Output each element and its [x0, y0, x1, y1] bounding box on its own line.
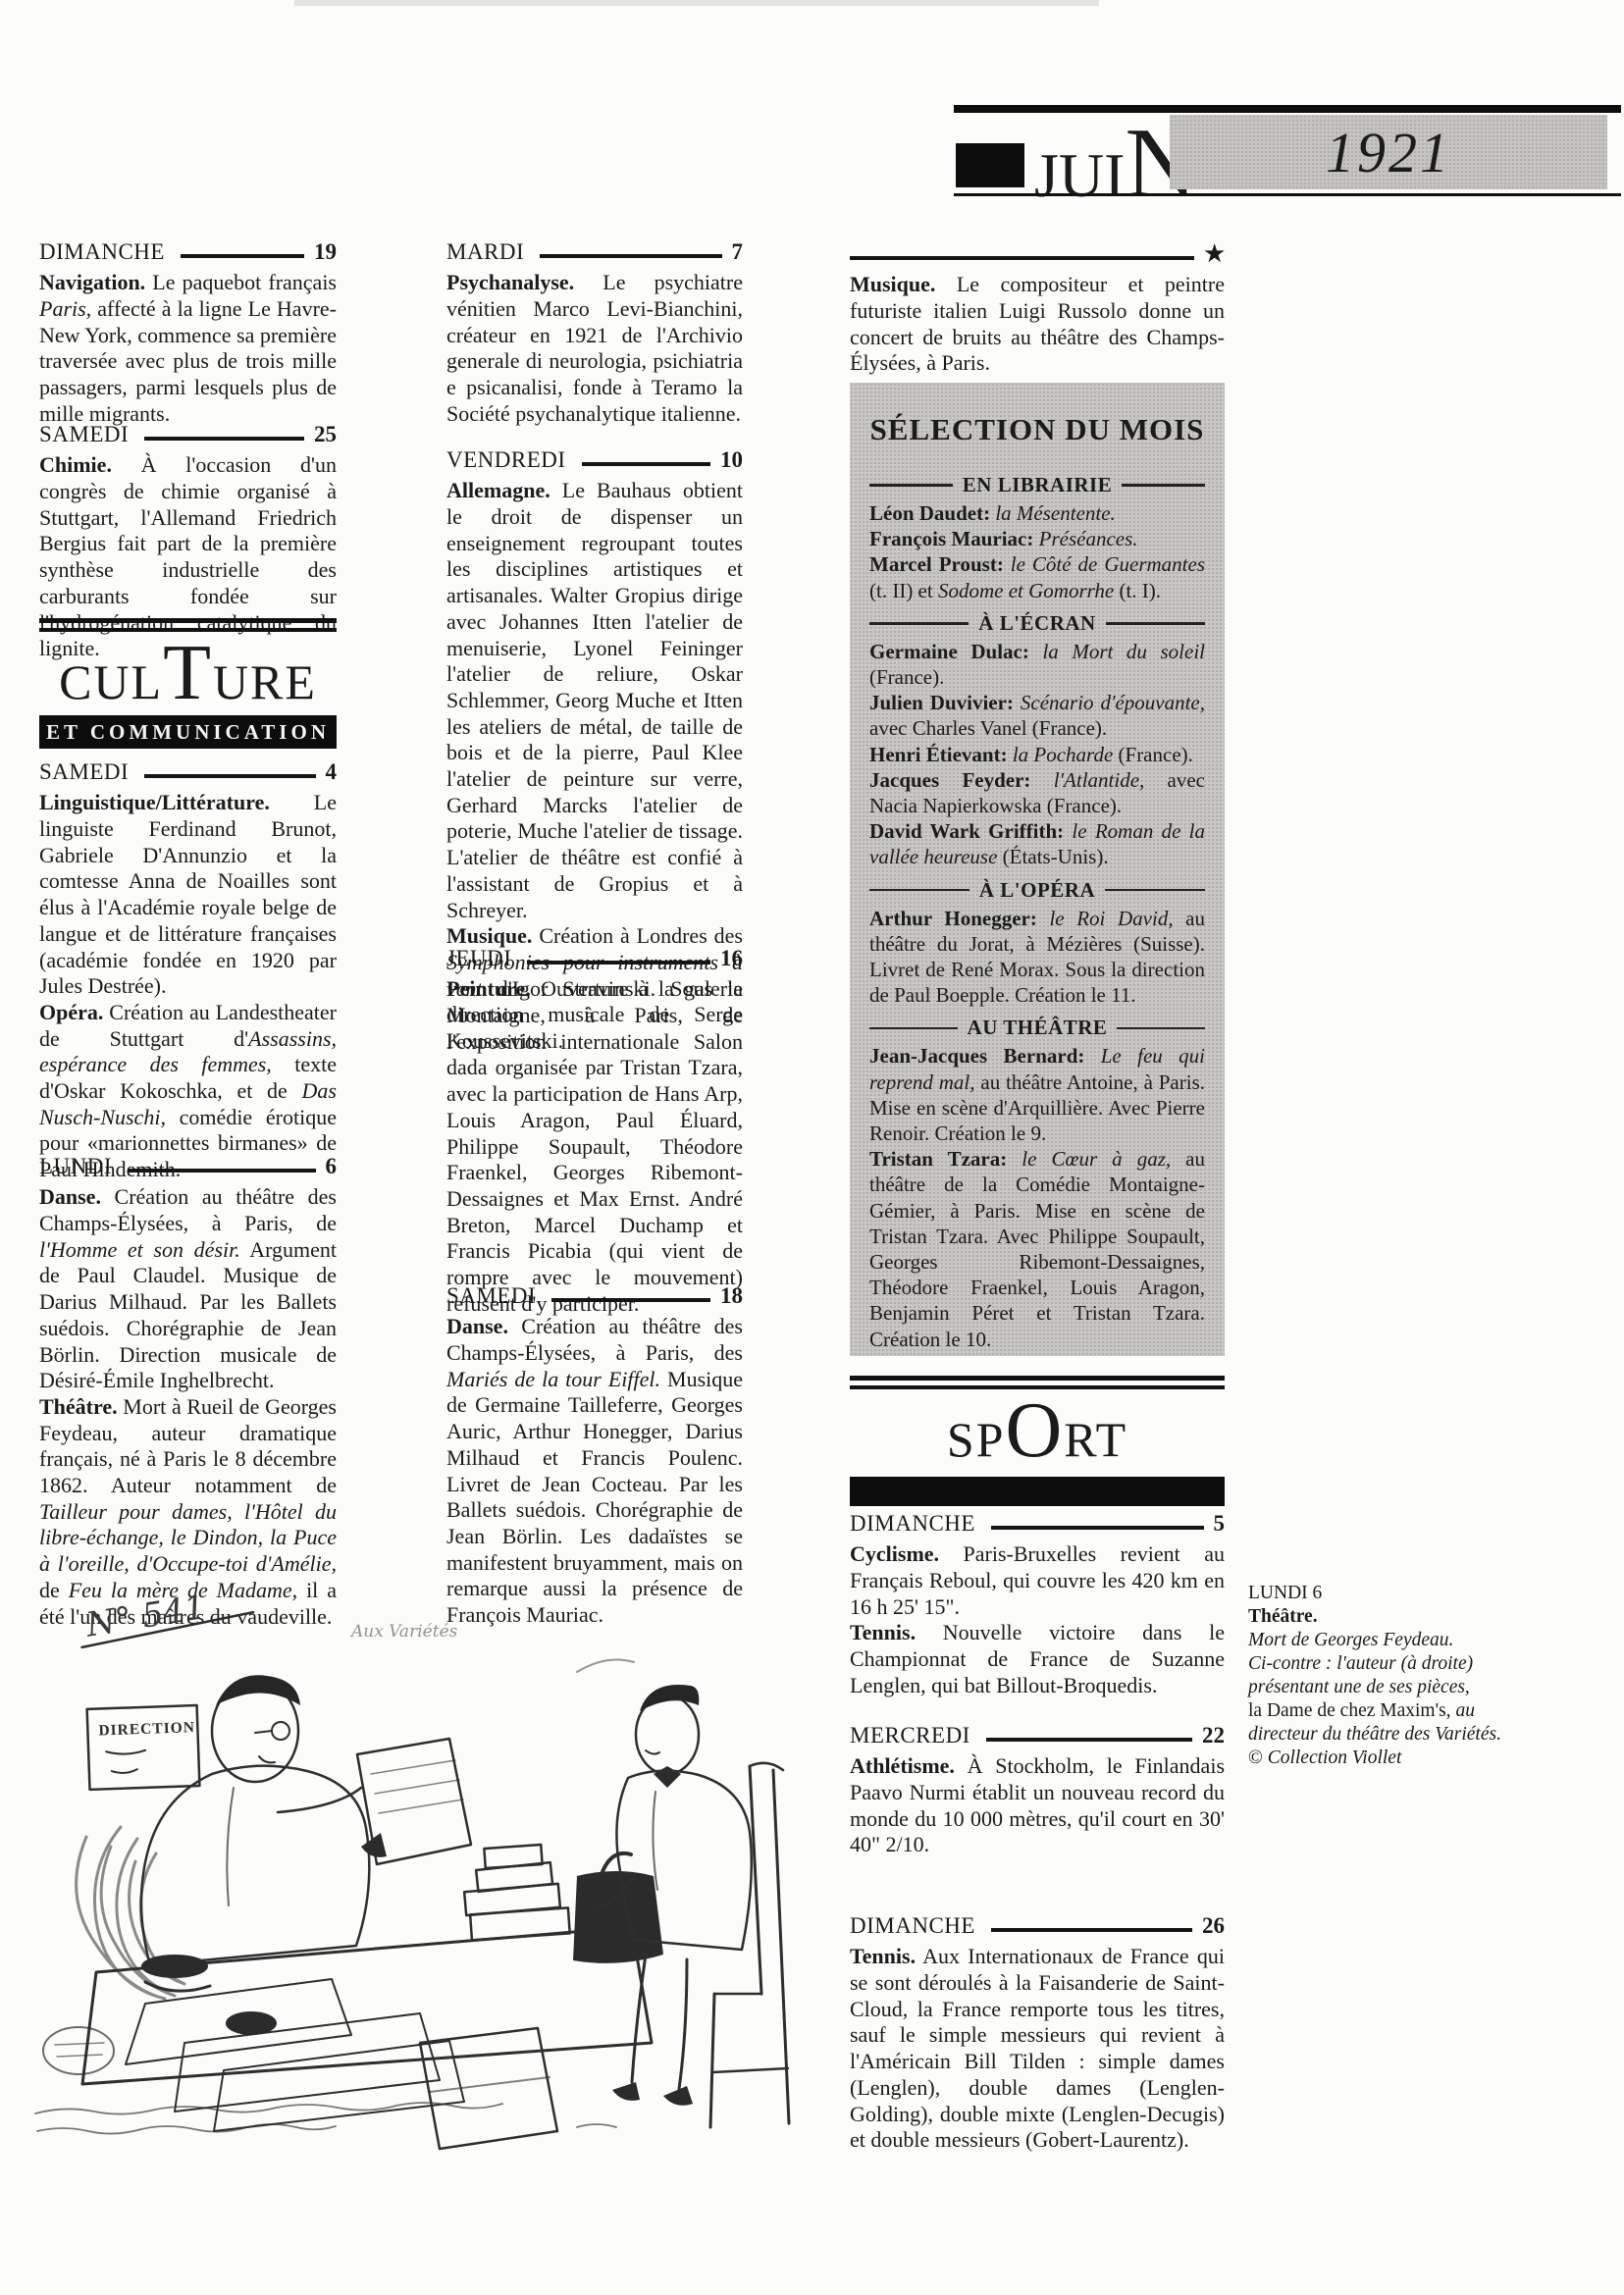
day-number: 25: [314, 422, 337, 446]
selection-subhead: À L'ÉCRAN: [869, 611, 1205, 636]
day-label: LUNDI: [39, 1154, 112, 1178]
day-label: SAMEDI: [39, 759, 129, 784]
subhead-rule: [1105, 889, 1205, 892]
day-number: 22: [1202, 1723, 1225, 1747]
day-label: DIMANCHE: [850, 1913, 975, 1938]
day-number: 26: [1202, 1913, 1225, 1938]
day-rule: [582, 462, 710, 466]
caption-line: la Dame de chez Maxim's, au: [1248, 1699, 1529, 1723]
day-header: JEUDI16: [446, 946, 743, 970]
day-label: VENDREDI: [446, 447, 566, 472]
entry-paragraph: Tennis. Nouvelle victoire dans le Champi…: [850, 1620, 1225, 1698]
event-entry: JEUDI16 Peinture. Ouverture à la galerie…: [446, 946, 743, 1317]
selection-item: Henri Étievant: la Pocharde (France).: [869, 742, 1205, 767]
event-entry: SAMEDI4 Linguistique/Littérature. Le lin…: [39, 759, 337, 1183]
selection-subhead: EN LIBRAIRIE: [869, 473, 1205, 497]
caption-line: Théâtre.: [1248, 1605, 1529, 1629]
desk: [82, 1845, 663, 2149]
subhead-label: À L'OPÉRA: [979, 878, 1095, 903]
selection-item: François Mauriac: Préséances.: [869, 526, 1205, 551]
selection-item: Germaine Dulac: la Mort du soleil (Franc…: [869, 639, 1205, 690]
day-header: VENDREDI10: [446, 447, 743, 472]
event-entry: MERCREDI22 Athlétisme. À Stockholm, le F…: [850, 1723, 1225, 1858]
day-label: DIMANCHE: [39, 239, 165, 264]
day-rule: [144, 774, 315, 778]
selection-du-mois-box: SÉLECTION DU MOIS EN LIBRAIRIE Léon Daud…: [850, 383, 1225, 1356]
feydeau-sketch-illustration: N° 541 Aux Variétés DIRECTION: [27, 1582, 832, 2170]
day-rule: [850, 256, 1194, 260]
day-header: DIMANCHE19: [39, 239, 337, 264]
star-marker: ★: [1204, 241, 1225, 266]
entry-paragraph: Peinture. Ouverture à la galerie Montaig…: [446, 976, 743, 1317]
day-header: DIMANCHE26: [850, 1913, 1225, 1938]
illustration-caption: LUNDI 6 Théâtre. Mort de Georges Feydeau…: [1248, 1582, 1529, 1770]
caption-line: directeur du théâtre des Variétés.: [1248, 1723, 1529, 1747]
day-number: 16: [720, 946, 743, 970]
day-rule: [991, 1928, 1192, 1932]
day-rule: [181, 254, 304, 258]
sport-title-big-letter: O: [1005, 1387, 1064, 1474]
subhead-rule: [869, 1027, 958, 1030]
entry-paragraph: Linguistique/Littérature. Le linguiste F…: [39, 790, 337, 1000]
sketch-scribble-label: Aux Variétés: [349, 1622, 458, 1642]
selection-item: Jean-Jacques Bernard: Le feu qui reprend…: [869, 1043, 1205, 1146]
year-label: 1921: [1326, 120, 1451, 185]
event-entry: LUNDI6 Danse. Création au théâtre des Ch…: [39, 1154, 337, 1630]
day-rule: [128, 1169, 315, 1173]
day-number: 5: [1214, 1511, 1226, 1536]
section-rule: [39, 618, 337, 623]
day-label: DIMANCHE: [850, 1511, 975, 1536]
day-rule: [540, 254, 721, 258]
chair: [710, 1763, 789, 2127]
day-number: 10: [720, 447, 743, 472]
culture-section-header: CULTURE ET COMMUNICATION: [39, 618, 337, 749]
author-figure: [595, 1685, 752, 2106]
event-entry: SAMEDI18 Danse. Création au théâtre des …: [446, 1283, 743, 1629]
selection-item: David Wark Griffith: le Roman de la vall…: [869, 818, 1205, 869]
subhead-rule: [869, 622, 969, 625]
day-rule: [986, 1738, 1192, 1742]
day-rule: [991, 1526, 1204, 1530]
year-box: 1921: [1170, 115, 1607, 189]
day-header: ★: [850, 241, 1225, 266]
direction-sign: DIRECTION: [87, 1705, 200, 1790]
sport-title-part: RT: [1064, 1412, 1127, 1467]
entry-paragraph: Navigation. Le paquebot français Paris, …: [39, 270, 337, 427]
selection-item: Julien Duvivier: Scénario d'épouvante, a…: [869, 690, 1205, 741]
sport-section-header: SPORT: [850, 1376, 1225, 1506]
day-header: SAMEDI25: [39, 422, 337, 446]
sport-title: SPORT: [850, 1393, 1225, 1469]
caption-line: Ci-contre : l'auteur (à droite): [1248, 1652, 1529, 1676]
sport-title-part: SP: [947, 1412, 1006, 1467]
day-number: 18: [720, 1283, 743, 1308]
day-label: MERCREDI: [850, 1723, 970, 1747]
day-header: DIMANCHE5: [850, 1511, 1225, 1536]
subhead-label: EN LIBRAIRIE: [963, 473, 1112, 497]
day-rule: [551, 1298, 710, 1302]
culture-title: CULTURE: [39, 636, 337, 711]
selection-item: Marcel Proust: le Côté de Guermantes (t.…: [869, 551, 1205, 602]
day-number: 19: [314, 239, 337, 264]
sketch-number-label: N° 541: [82, 1588, 208, 1645]
day-label: JEUDI: [446, 946, 511, 970]
day-header: MERCREDI22: [850, 1723, 1225, 1747]
selection-item: Léon Daudet: la Mésentente.: [869, 500, 1205, 526]
day-number: 6: [326, 1154, 338, 1178]
subhead-rule: [1122, 484, 1205, 487]
day-header: LUNDI6: [39, 1154, 337, 1178]
selection-subhead: AU THÉÂTRE: [869, 1016, 1205, 1040]
almanac-page: JUIN 1921 DIMANCHE19 Navigation. Le paqu…: [0, 0, 1624, 2295]
entry-paragraph: Musique. Le compositeur et peintre futur…: [850, 272, 1225, 377]
direction-sign-label: DIRECTION: [98, 1719, 195, 1739]
subhead-rule: [869, 484, 953, 487]
event-entry: DIMANCHE5 Cyclisme. Paris-Bruxelles revi…: [850, 1511, 1225, 1699]
caption-line: Mort de Georges Feydeau.: [1248, 1629, 1529, 1652]
selection-item: Jacques Feyder: l'Atlantide, avec Nacia …: [869, 767, 1205, 818]
entry-paragraph: Allemagne. Le Bauhaus obtient le droit d…: [446, 478, 743, 923]
entry-paragraph: Cyclisme. Paris-Bruxelles revient au Fra…: [850, 1541, 1225, 1620]
subhead-label: À L'ÉCRAN: [978, 611, 1095, 636]
entry-paragraph: Psychanalyse. Le psychiatre vénitien Mar…: [446, 270, 743, 427]
culture-title-part: URE: [213, 654, 317, 709]
day-rule: [144, 437, 304, 441]
entry-paragraph: Athlétisme. À Stockholm, le Finlandais P…: [850, 1753, 1225, 1858]
selection-title: SÉLECTION DU MOIS: [869, 412, 1205, 447]
day-label: SAMEDI: [446, 1283, 536, 1308]
day-header: SAMEDI18: [446, 1283, 743, 1308]
event-entry: MARDI7 Psychanalyse. Le psychiatre vénit…: [446, 239, 743, 428]
selection-item: Tristan Tzara: le Cœur à gaz, au théâtre…: [869, 1146, 1205, 1352]
section-rule: [850, 1376, 1225, 1381]
caption-line: présentant une de ses pièces,: [1248, 1676, 1529, 1699]
day-header: SAMEDI4: [39, 759, 337, 784]
event-entry: DIMANCHE19 Navigation. Le paquebot franç…: [39, 239, 337, 428]
event-entry: DIMANCHE26 Tennis. Aux Internationaux de…: [850, 1913, 1225, 2154]
subhead-rule: [1117, 1027, 1205, 1030]
day-label: SAMEDI: [39, 422, 129, 446]
day-number: 4: [326, 759, 338, 784]
subhead-rule: [1106, 622, 1205, 625]
entry-paragraph: Tennis. Aux Internationaux de France qui…: [850, 1944, 1225, 2154]
subhead-rule: [869, 889, 969, 892]
culture-title-big-letter: T: [163, 630, 213, 716]
caption-line: LUNDI 6: [1248, 1582, 1529, 1605]
day-label: MARDI: [446, 239, 524, 264]
sport-black-bar: [850, 1477, 1225, 1506]
culture-subtitle-bar: ET COMMUNICATION: [39, 715, 337, 749]
entry-paragraph: Danse. Création au théâtre des Champs-Él…: [39, 1184, 337, 1394]
day-number: 7: [732, 239, 744, 264]
caption-line: © Collection Viollet: [1248, 1747, 1529, 1770]
event-entry-undated: ★ Musique. Le compositeur et peintre fut…: [850, 241, 1225, 377]
collection-stamp: [43, 2027, 114, 2074]
subhead-label: AU THÉÂTRE: [968, 1016, 1108, 1040]
selection-item: Arthur Honegger: le Roi David, au théâtr…: [869, 906, 1205, 1009]
culture-title-part: CUL: [59, 654, 163, 709]
day-rule: [527, 961, 710, 965]
day-header: MARDI7: [446, 239, 743, 264]
selection-subhead: À L'OPÉRA: [869, 878, 1205, 903]
